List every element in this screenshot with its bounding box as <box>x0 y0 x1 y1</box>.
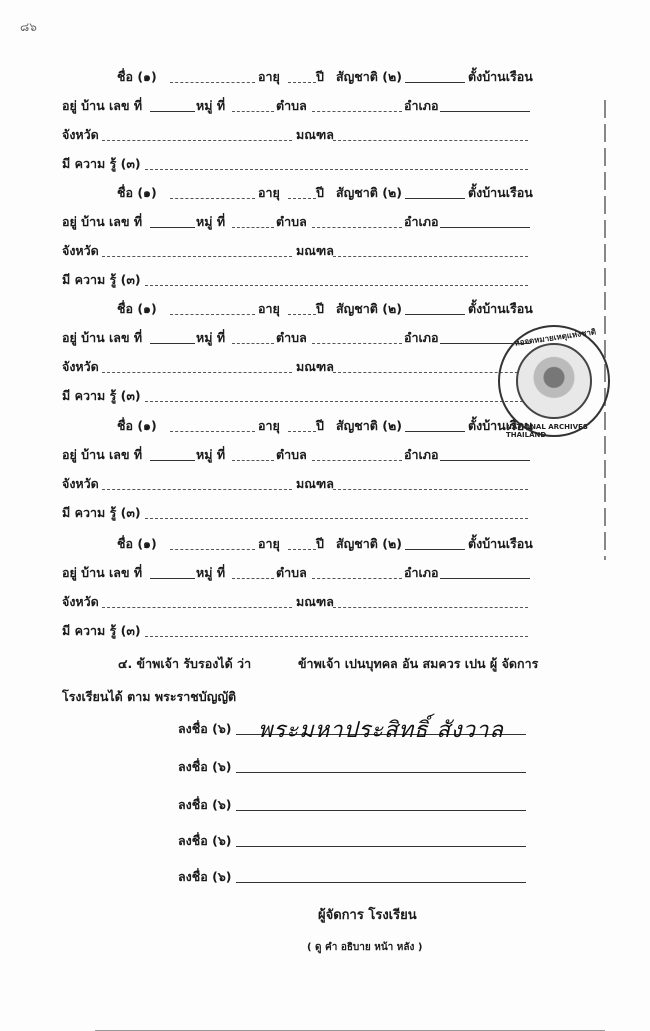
residence-label: ตั้งบ้านเรือน <box>468 535 533 553</box>
age-label: อายุ <box>258 68 280 86</box>
province-label: จังหวัด <box>62 358 99 376</box>
name-label: ชื่อ (๑) <box>117 417 157 435</box>
entry-5-row-4: มี ความ รู้ (๓) <box>0 622 650 648</box>
tambon-label: ตำบล <box>276 97 307 115</box>
house-no-label: อยู่ บ้าน เลข ที่ <box>62 329 142 347</box>
moo-label: หมู่ ที่ <box>196 97 225 115</box>
province-field[interactable] <box>102 489 292 490</box>
entry-5-row-2: อยู่ บ้าน เลข ที่หมู่ ที่ตำบลอำเภอ <box>0 564 650 590</box>
signature-field[interactable] <box>236 772 526 773</box>
moo-label: หมู่ ที่ <box>196 564 225 582</box>
tambon-field[interactable] <box>312 343 402 344</box>
knowledge-field[interactable] <box>145 285 528 286</box>
signature-row: ลงชื่อ (๖)พระมหาประสิทธิ์ สังวาล <box>0 720 650 746</box>
nationality-label: สัญชาติ (๒) <box>336 68 402 86</box>
entry-1-row-1: ชื่อ (๑)อายุปีสัญชาติ (๒)ตั้งบ้านเรือน <box>0 68 650 94</box>
entry-3-row-1: ชื่อ (๑)อายุปีสัญชาติ (๒)ตั้งบ้านเรือน <box>0 300 650 326</box>
knowledge-label: มี ความ รู้ (๓) <box>62 622 141 640</box>
tambon-label: ตำบล <box>276 446 307 464</box>
house-no-field[interactable] <box>150 111 195 112</box>
province-label: จังหวัด <box>62 593 99 611</box>
certification-prefix: ๔. ข้าพเจ้า รับรองได้ ว่า <box>118 655 251 673</box>
entry-2-row-3: จังหวัดมณฑล <box>0 242 650 268</box>
province-field[interactable] <box>102 140 292 141</box>
house-no-field[interactable] <box>150 343 195 344</box>
nationality-field[interactable] <box>405 82 465 83</box>
tambon-field[interactable] <box>312 227 402 228</box>
handwritten-signature: พระมหาประสิทธิ์ สังวาล <box>258 712 504 747</box>
moo-label: หมู่ ที่ <box>196 213 225 231</box>
signature-label: ลงชื่อ (๖) <box>178 720 231 738</box>
province-field[interactable] <box>102 256 292 257</box>
province-label: จังหวัด <box>62 475 99 493</box>
knowledge-field[interactable] <box>145 636 528 637</box>
name-label: ชื่อ (๑) <box>117 300 157 318</box>
entry-1-row-2: อยู่ บ้าน เลข ที่หมู่ ที่ตำบลอำเภอ <box>0 97 650 123</box>
amphoe-field[interactable] <box>440 460 530 461</box>
monthon-label: มณฑล <box>296 593 334 611</box>
nationality-field[interactable] <box>405 314 465 315</box>
age-field[interactable] <box>288 314 316 315</box>
national-archives-stamp: หอจดหมายเหตุแห่งชาติ NATIONAL ARCHIVES T… <box>498 325 610 437</box>
age-field[interactable] <box>288 549 316 550</box>
monthon-label: มณฑล <box>296 475 334 493</box>
residence-label: ตั้งบ้านเรือน <box>468 184 533 202</box>
signature-field[interactable] <box>236 810 526 811</box>
amphoe-field[interactable] <box>440 578 530 579</box>
name-field[interactable] <box>170 314 255 315</box>
tambon-label: ตำบล <box>276 213 307 231</box>
monthon-field[interactable] <box>333 607 528 608</box>
monthon-label: มณฑล <box>296 126 334 144</box>
amphoe-label: อำเภอ <box>404 446 439 464</box>
moo-label: หมู่ ที่ <box>196 446 225 464</box>
age-field[interactable] <box>288 82 316 83</box>
amphoe-label: อำเภอ <box>404 564 439 582</box>
moo-label: หมู่ ที่ <box>196 329 225 347</box>
stamp-bottom-text: NATIONAL ARCHIVES THAILAND <box>506 423 608 439</box>
knowledge-field[interactable] <box>145 518 528 519</box>
tambon-field[interactable] <box>312 578 402 579</box>
nationality-field[interactable] <box>405 549 465 550</box>
amphoe-field[interactable] <box>440 111 530 112</box>
tambon-label: ตำบล <box>276 564 307 582</box>
monthon-label: มณฑล <box>296 242 334 260</box>
nationality-label: สัญชาติ (๒) <box>336 417 402 435</box>
province-field[interactable] <box>102 372 292 373</box>
house-no-field[interactable] <box>150 578 195 579</box>
entry-1-row-4: มี ความ รู้ (๓) <box>0 155 650 181</box>
moo-field[interactable] <box>232 111 274 112</box>
age-label: อายุ <box>258 417 280 435</box>
knowledge-label: มี ความ รู้ (๓) <box>62 387 141 405</box>
province-label: จังหวัด <box>62 242 99 260</box>
monthon-field[interactable] <box>333 256 528 257</box>
year-label: ปี <box>316 417 324 435</box>
monthon-field[interactable] <box>333 140 528 141</box>
signature-field[interactable] <box>236 846 526 847</box>
tambon-label: ตำบล <box>276 329 307 347</box>
amphoe-label: อำเภอ <box>404 329 439 347</box>
entry-1-row-3: จังหวัดมณฑล <box>0 126 650 152</box>
moo-field[interactable] <box>232 460 274 461</box>
entry-4-row-4: มี ความ รู้ (๓) <box>0 504 650 530</box>
knowledge-label: มี ความ รู้ (๓) <box>62 504 141 522</box>
tambon-field[interactable] <box>312 111 402 112</box>
monthon-label: มณฑล <box>296 358 334 376</box>
knowledge-label: มี ความ รู้ (๓) <box>62 155 141 173</box>
province-label: จังหวัด <box>62 126 99 144</box>
amphoe-label: อำเภอ <box>404 213 439 231</box>
monthon-field[interactable] <box>333 489 528 490</box>
certification-line-2: โรงเรียนได้ ตาม พระราชบัญญัติ <box>0 688 650 714</box>
tambon-field[interactable] <box>312 460 402 461</box>
age-label: อายุ <box>258 535 280 553</box>
signature-row: ลงชื่อ (๖) <box>0 758 650 784</box>
house-no-label: อยู่ บ้าน เลข ที่ <box>62 97 142 115</box>
nationality-field[interactable] <box>405 431 465 432</box>
nationality-field[interactable] <box>405 198 465 199</box>
certification-text: โรงเรียนได้ ตาม พระราชบัญญัติ <box>62 688 236 706</box>
residence-label: ตั้งบ้านเรือน <box>468 68 533 86</box>
entry-4-row-2: อยู่ บ้าน เลข ที่หมู่ ที่ตำบลอำเภอ <box>0 446 650 472</box>
signature-label: ลงชื่อ (๖) <box>178 796 231 814</box>
house-no-label: อยู่ บ้าน เลข ที่ <box>62 564 142 582</box>
certification-suffix: ข้าพเจ้า เปนบุทคล อัน สมควร เปน ผู้ จัดก… <box>298 655 538 673</box>
knowledge-field[interactable] <box>145 401 528 402</box>
nationality-label: สัญชาติ (๒) <box>336 184 402 202</box>
residence-label: ตั้งบ้านเรือน <box>468 300 533 318</box>
signature-label: ลงชื่อ (๖) <box>178 868 231 886</box>
signature-row: ลงชื่อ (๖) <box>0 832 650 858</box>
moo-field[interactable] <box>232 578 274 579</box>
signature-label: ลงชื่อ (๖) <box>178 832 231 850</box>
year-label: ปี <box>316 68 324 86</box>
signature-row: ลงชื่อ (๖) <box>0 796 650 822</box>
entry-5-row-1: ชื่อ (๑)อายุปีสัญชาติ (๒)ตั้งบ้านเรือน <box>0 535 650 561</box>
house-no-label: อยู่ บ้าน เลข ที่ <box>62 446 142 464</box>
entry-5-row-3: จังหวัดมณฑล <box>0 593 650 619</box>
name-field[interactable] <box>170 549 255 550</box>
year-label: ปี <box>316 300 324 318</box>
age-label: อายุ <box>258 300 280 318</box>
footer-note: ( ดู คำ อธิบาย หน้า หลัง ) <box>307 940 422 955</box>
knowledge-field[interactable] <box>145 169 528 170</box>
name-label: ชื่อ (๑) <box>117 535 157 553</box>
amphoe-field[interactable] <box>440 227 530 228</box>
name-label: ชื่อ (๑) <box>117 68 157 86</box>
house-no-label: อยู่ บ้าน เลข ที่ <box>62 213 142 231</box>
year-label: ปี <box>316 184 324 202</box>
age-field[interactable] <box>288 431 316 432</box>
nationality-label: สัญชาติ (๒) <box>336 300 402 318</box>
entry-4-row-3: จังหวัดมณฑล <box>0 475 650 501</box>
signer-title: ผู้จัดการ โรงเรียน <box>318 904 417 925</box>
entry-2-row-4: มี ความ รู้ (๓) <box>0 271 650 297</box>
certification-line-1: ๔. ข้าพเจ้า รับรองได้ ว่า ข้าพเจ้า เปนบุ… <box>0 655 650 681</box>
knowledge-label: มี ความ รู้ (๓) <box>62 271 141 289</box>
province-field[interactable] <box>102 607 292 608</box>
nationality-label: สัญชาติ (๒) <box>336 535 402 553</box>
corner-page-mark: ๘๖ <box>20 18 37 37</box>
signature-field[interactable] <box>236 882 526 883</box>
signature-label: ลงชื่อ (๖) <box>178 758 231 776</box>
signature-row: ลงชื่อ (๖) <box>0 868 650 894</box>
entry-2-row-1: ชื่อ (๑)อายุปีสัญชาติ (๒)ตั้งบ้านเรือน <box>0 184 650 210</box>
document-page: ๘๖ ชื่อ (๑)อายุปีสัญชาติ (๒)ตั้งบ้านเรือ… <box>0 0 650 1031</box>
name-field[interactable] <box>170 431 255 432</box>
house-no-field[interactable] <box>150 460 195 461</box>
moo-field[interactable] <box>232 227 274 228</box>
age-field[interactable] <box>288 198 316 199</box>
name-label: ชื่อ (๑) <box>117 184 157 202</box>
name-field[interactable] <box>170 198 255 199</box>
age-label: อายุ <box>258 184 280 202</box>
stamp-emblem-icon <box>516 343 592 419</box>
entry-2-row-2: อยู่ บ้าน เลข ที่หมู่ ที่ตำบลอำเภอ <box>0 213 650 239</box>
amphoe-label: อำเภอ <box>404 97 439 115</box>
house-no-field[interactable] <box>150 227 195 228</box>
name-field[interactable] <box>170 82 255 83</box>
moo-field[interactable] <box>232 343 274 344</box>
year-label: ปี <box>316 535 324 553</box>
